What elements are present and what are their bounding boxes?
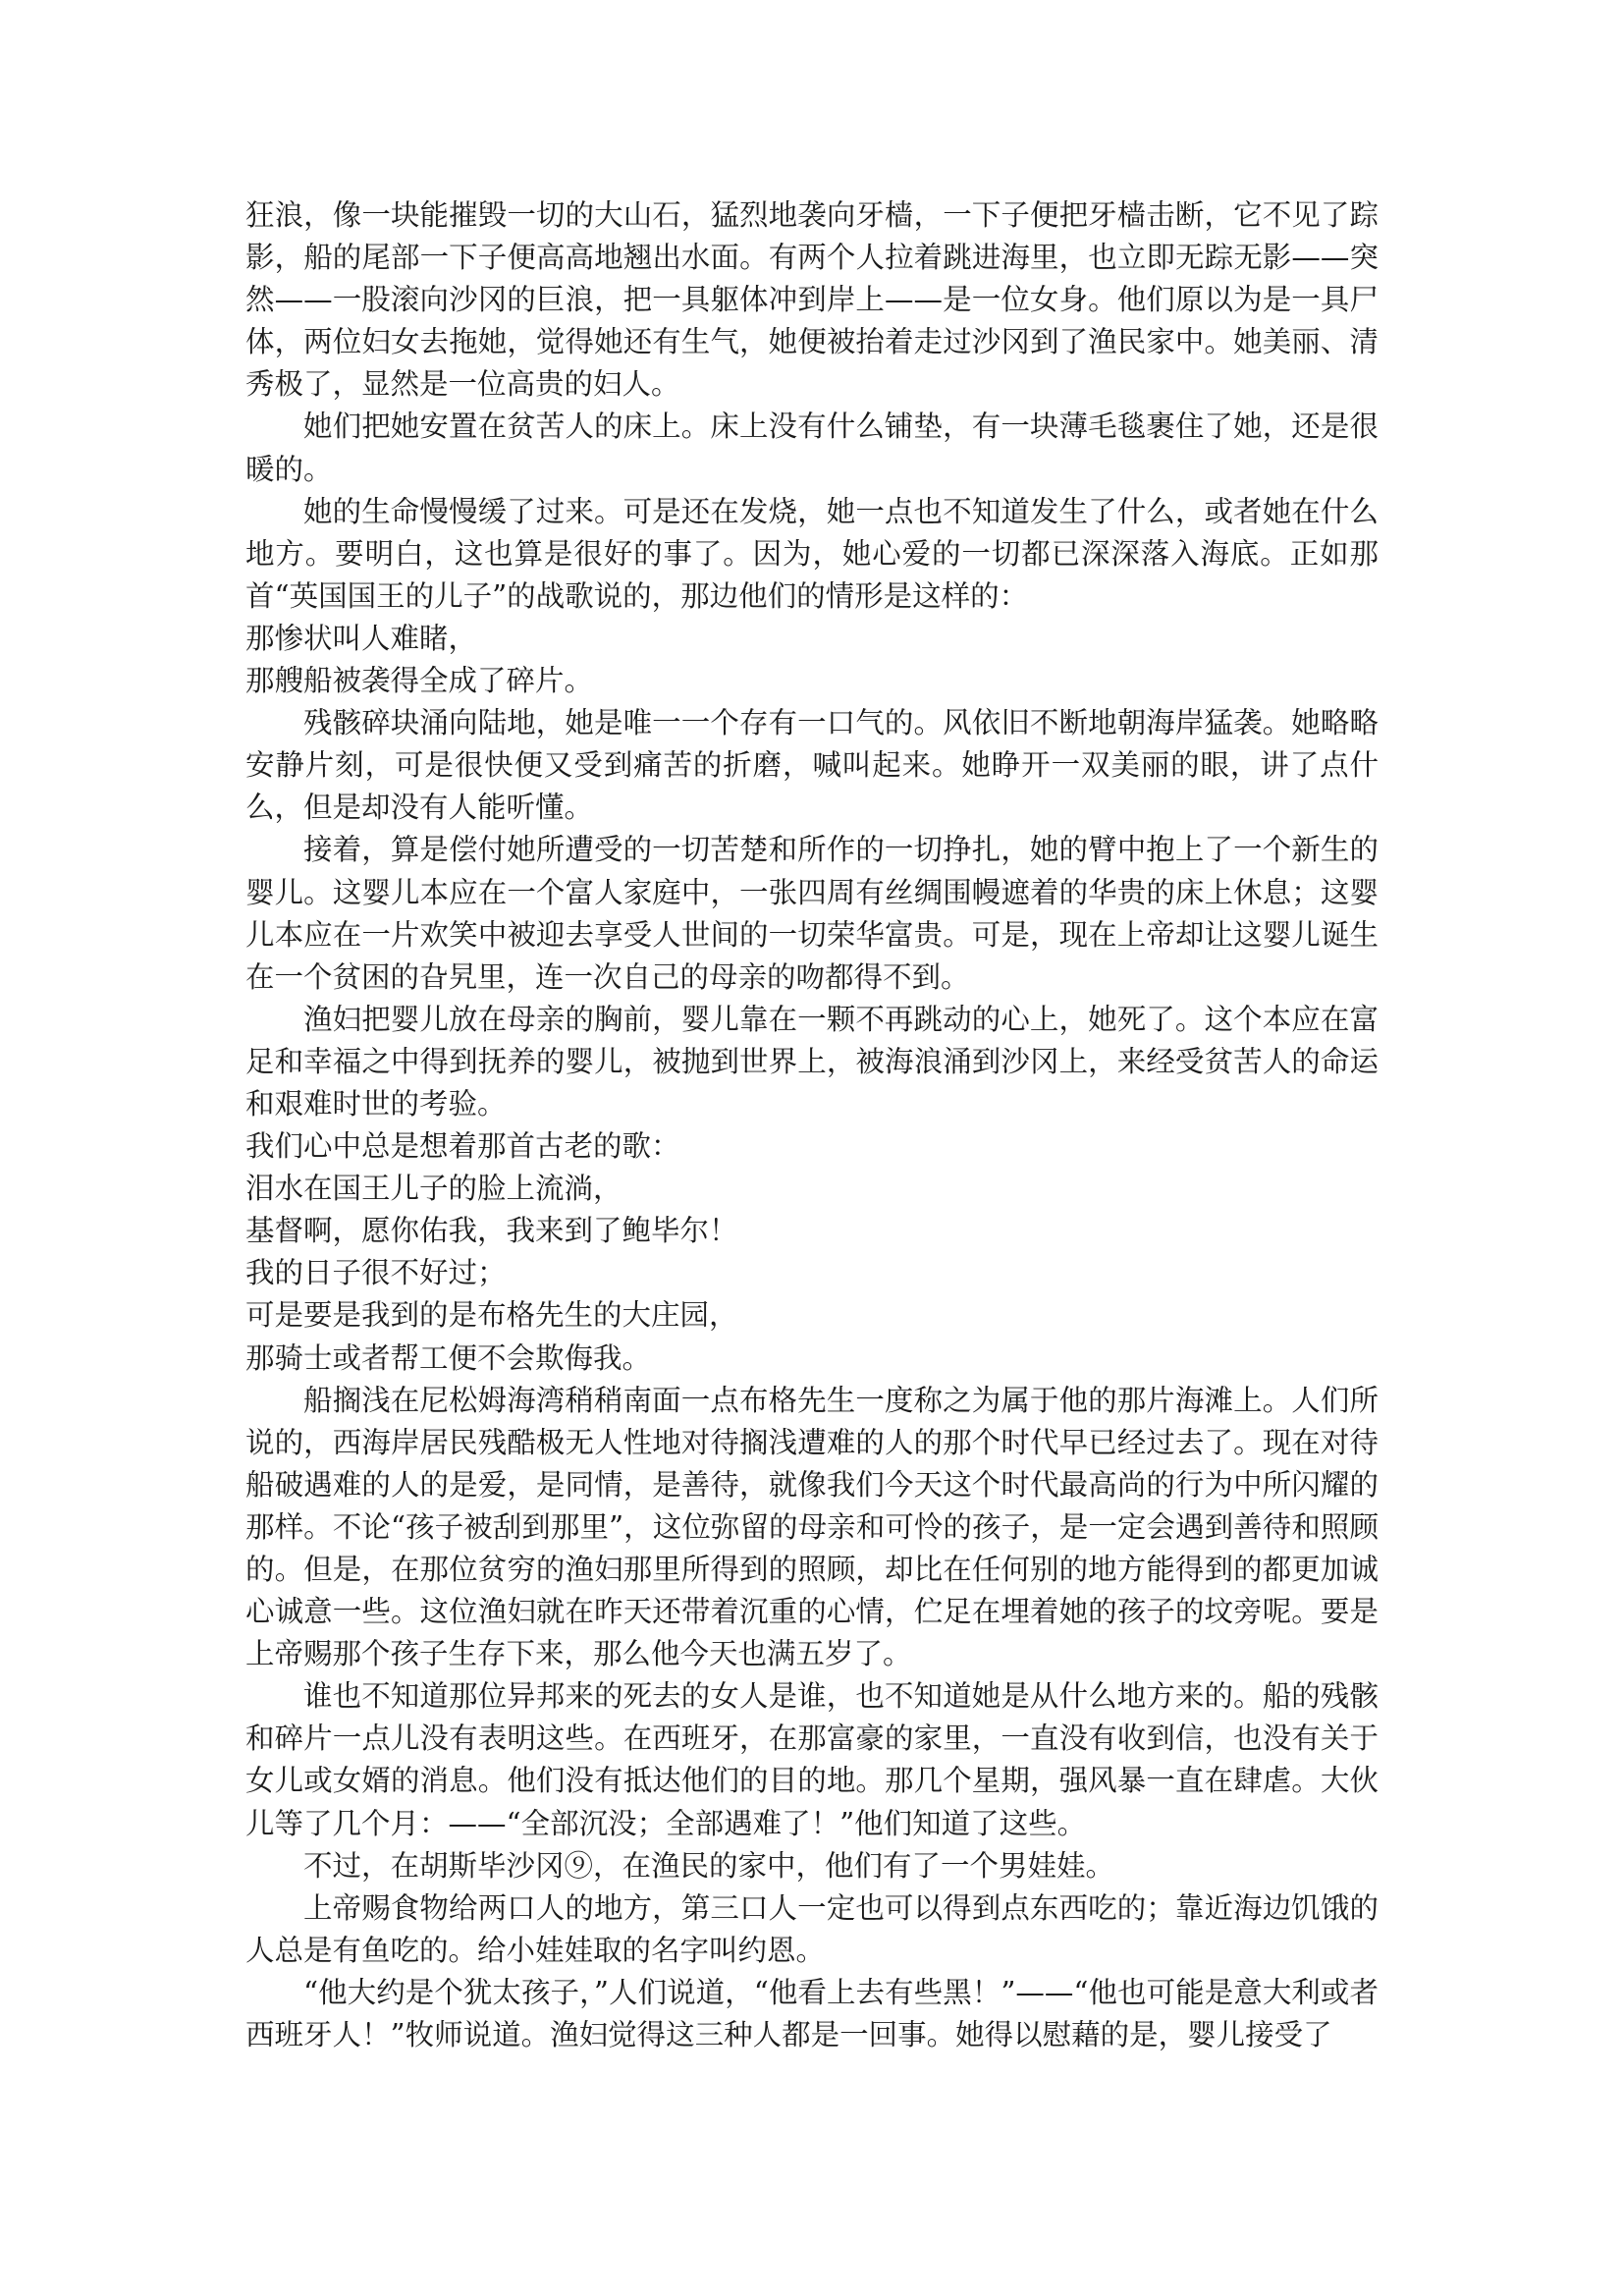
paragraph: 不过，在胡斯毕沙冈⑨，在渔民的家中，他们有了一个男娃娃。 — [245, 1845, 1379, 1887]
paragraph: 她的生命慢慢缓了过来。可是还在发烧，她一点也不知道发生了什么，或者她在什么地方。… — [245, 491, 1379, 618]
paragraph: “他大约是个犹太孩子，”人们说道，“他看上去有些黑！”——“他也可能是意大利或者… — [245, 1972, 1379, 2056]
poem-line: 我们心中总是想着那首古老的歌： — [245, 1125, 1379, 1168]
paragraph: 她们把她安置在贫苦人的床上。床上没有什么铺垫，有一块薄毛毯裹住了她，还是很暖的。 — [245, 406, 1379, 490]
paragraph-continuation: 狂浪，像一块能摧毁一切的大山石，猛烈地袭向牙樯，一下子便把牙樯击断，它不见了踪影… — [245, 194, 1379, 406]
poem-line: 基督啊，愿你佑我，我来到了鲍毕尔！ — [245, 1210, 1379, 1252]
document-page: 狂浪，像一块能摧毁一切的大山石，猛烈地袭向牙樯，一下子便把牙樯击断，它不见了踪影… — [245, 194, 1379, 2056]
poem-line: 那艘船被袭得全成了碎片。 — [245, 660, 1379, 702]
poem-line: 我的日子很不好过； — [245, 1252, 1379, 1294]
poem-line: 那惨状叫人难睹， — [245, 618, 1379, 660]
poem-line: 那骑士或者帮工便不会欺侮我。 — [245, 1338, 1379, 1380]
poem-line: 泪水在国王儿子的脸上流淌， — [245, 1168, 1379, 1210]
paragraph: 船搁浅在尼松姆海湾稍稍南面一点布格先生一度称之为属于他的那片海滩上。人们所说的，… — [245, 1380, 1379, 1676]
poem-line: 可是要是我到的是布格先生的大庄园， — [245, 1294, 1379, 1337]
paragraph: 上帝赐食物给两口人的地方，第三口人一定也可以得到点东西吃的；靠近海边饥饿的人总是… — [245, 1887, 1379, 1972]
paragraph: 残骸碎块涌向陆地，她是唯一一个存有一口气的。风依旧不断地朝海岸猛袭。她略略安静片… — [245, 702, 1379, 829]
paragraph: 谁也不知道那位异邦来的死去的女人是谁，也不知道她是从什么地方来的。船的残骸和碎片… — [245, 1675, 1379, 1844]
paragraph: 接着，算是偿付她所遭受的一切苦楚和所作的一切挣扎，她的臂中抱上了一个新生的婴儿。… — [245, 829, 1379, 998]
paragraph: 渔妇把婴儿放在母亲的胸前，婴儿靠在一颗不再跳动的心上，她死了。这个本应在富足和幸… — [245, 999, 1379, 1125]
